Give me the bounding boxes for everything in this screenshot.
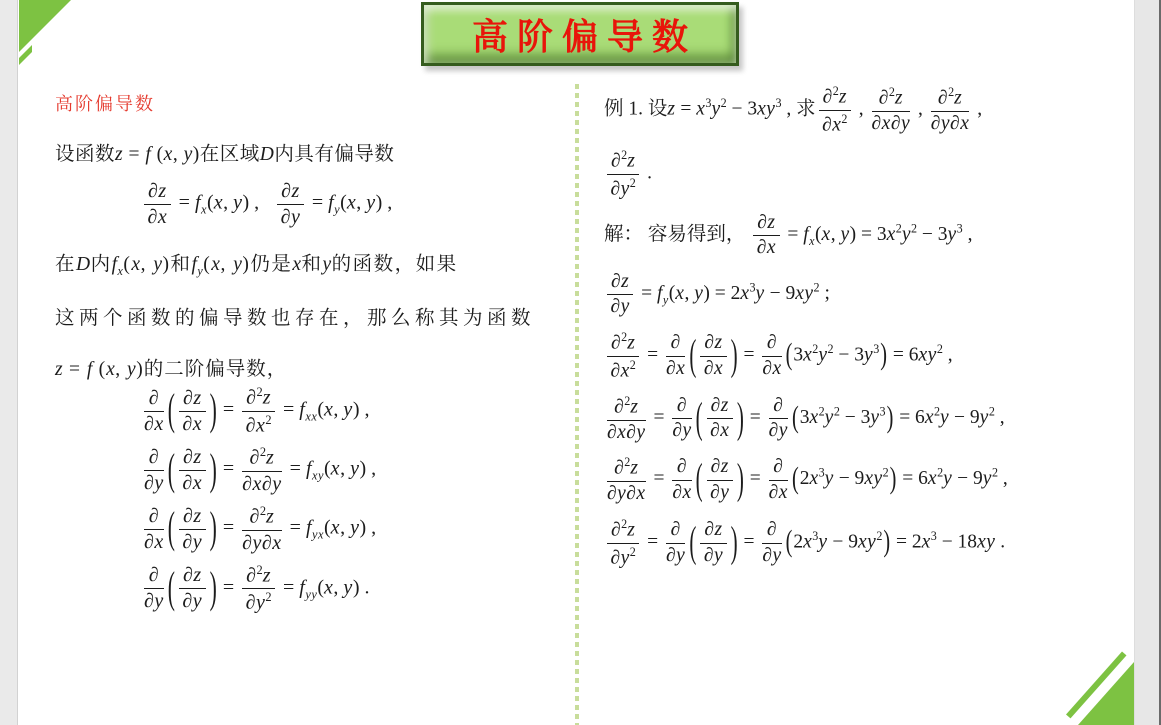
example-line: ∂2z∂y2 .	[604, 148, 1149, 200]
green-triangle-icon	[19, 0, 71, 52]
paragraph-line: z = f (x, y)的二阶偏导数，	[55, 353, 560, 381]
solution-line: ∂2z∂x∂y = ∂∂y(∂z∂x) = ∂∂y(3x2y2 − 3y3) =…	[604, 394, 1149, 443]
second-order-formula-list: ∂∂x(∂z∂x) = ∂2z∂x2 = fxx(x, y) ,∂∂y(∂z∂x…	[55, 385, 560, 614]
title-text: 高阶偏导数	[463, 9, 697, 60]
solution-line: 解： 容易得到， ∂z∂x = fx(x, y) = 3x2y2 − 3y3 ,	[604, 212, 1149, 259]
formula-line: ∂∂x(∂z∂y) = ∂2z∂y∂x = fyx(x, y) ,	[141, 504, 560, 554]
column-divider-dashed	[575, 84, 579, 725]
title-banner: 高阶偏导数	[421, 2, 739, 66]
solution-line: ∂z∂y = fy(x, y) = 2x3y − 9xy2 ;	[604, 271, 1149, 318]
formula-line: ∂∂y(∂z∂x) = ∂2z∂x∂y = fxy(x, y) ,	[141, 445, 560, 495]
example-statement: 例 1. 设z = x3y2 − 3xy3 , 求∂2z∂x2 , ∂2z∂x∂…	[604, 84, 1149, 200]
solution-steps: 解： 容易得到， ∂z∂x = fx(x, y) = 3x2y2 − 3y3 ,…	[604, 212, 1149, 569]
green-stripe-icon	[19, 45, 32, 65]
solution-line: ∂2z∂y2 = ∂∂y(∂z∂y) = ∂∂y(2x3y − 9xy2) = …	[604, 517, 1149, 569]
formula-line: ∂∂x(∂z∂x) = ∂2z∂x2 = fxx(x, y) ,	[141, 385, 560, 436]
section-heading: 高阶偏导数	[55, 90, 560, 116]
corner-decoration-bottom-right	[1034, 650, 1134, 725]
green-stripe-icon	[1066, 652, 1127, 719]
solution-line: ∂2z∂y∂x = ∂∂x(∂z∂y) = ∂∂x(2x3y − 9xy2) =…	[604, 455, 1149, 504]
corner-decoration-top-left	[17, 0, 79, 75]
first-order-formula: ∂z∂x = fx(x, y) , ∂z∂y = fy(x, y) ,	[141, 180, 560, 228]
left-gray-strip	[0, 0, 18, 725]
solution-line: ∂2z∂x2 = ∂∂x(∂z∂x) = ∂∂x(3x2y2 − 3y3) = …	[604, 330, 1149, 382]
right-column: 例 1. 设z = x3y2 − 3xy3 , 求∂2z∂x2 , ∂2z∂x∂…	[604, 84, 1149, 581]
paragraph-line: 在D内fx(x, y)和fy(x, y)仍是x和y的函数，如果	[55, 248, 560, 279]
green-triangle-icon	[1078, 662, 1134, 725]
example-line: 例 1. 设z = x3y2 − 3xy3 , 求∂2z∂x2 , ∂2z∂x∂…	[604, 84, 1149, 136]
formula-line: ∂∂y(∂z∂y) = ∂2z∂y2 = fyy(x, y) .	[141, 563, 560, 614]
intro-line: 设函数z = f (x, y)在区域D内具有偏导数	[55, 138, 560, 166]
paragraph-line: 这两个函数的偏导数也存在，那么称其为函数	[55, 302, 560, 330]
slide-page: { "title_banner": { "text": "高阶偏导数" }, "…	[0, 0, 1161, 725]
definition-paragraph: 在D内fx(x, y)和fy(x, y)仍是x和y的函数，如果这两个函数的偏导数…	[55, 248, 560, 381]
left-column: 高阶偏导数 设函数z = f (x, y)在区域D内具有偏导数 ∂z∂x = f…	[55, 90, 560, 623]
